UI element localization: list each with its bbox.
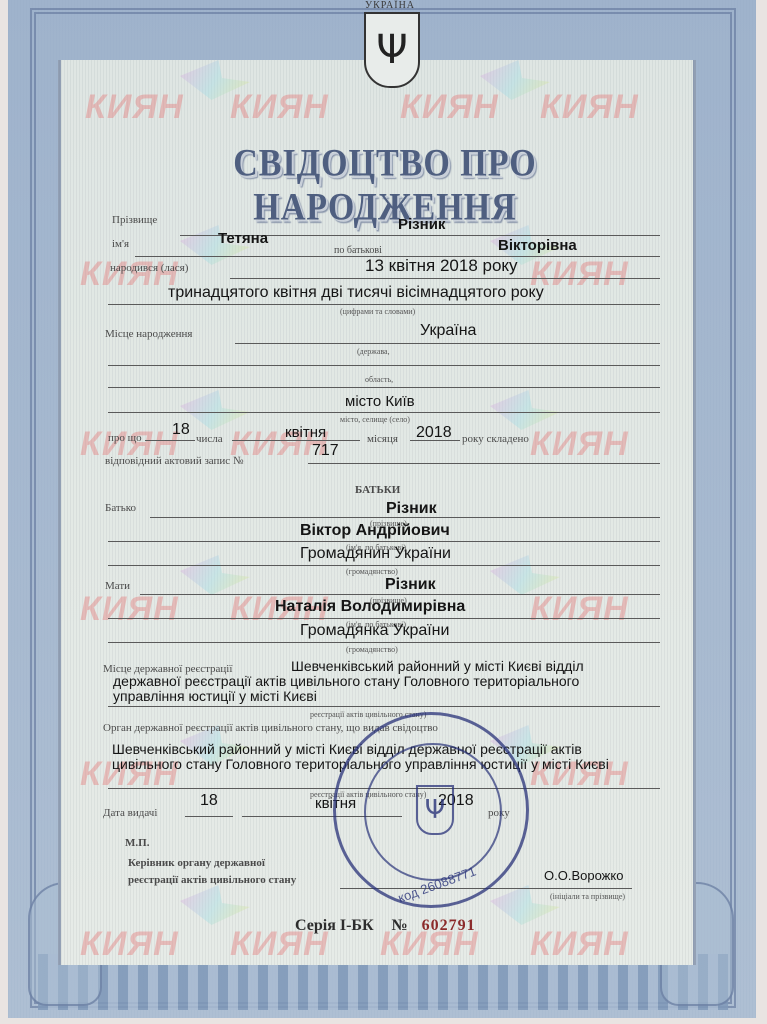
birth-date-caption: (цифрами та словами) (340, 307, 415, 316)
citizenship-caption: (громадянство) (346, 567, 398, 576)
born-label: народився (лася) (110, 262, 188, 274)
birthplace-country: Україна (420, 322, 476, 340)
record-day: 18 (172, 421, 190, 439)
surname-label: Прізвище (112, 214, 157, 226)
field-line (108, 387, 660, 388)
field-line (230, 278, 660, 279)
father-label: Батько (105, 502, 136, 514)
series-value: 602791 (422, 917, 476, 934)
watermark: КИЯН (400, 88, 499, 127)
citizenship-caption: (громадянство) (346, 645, 398, 654)
father-name: Віктор Андрійович (300, 522, 450, 540)
watermark: КИЯН (530, 255, 629, 294)
field-line (185, 816, 233, 817)
field-line (108, 541, 660, 542)
field-line (108, 365, 660, 366)
watermark: КИЯН (530, 425, 629, 464)
father-surname: Різник (386, 500, 437, 518)
mother-surname: Різник (385, 576, 436, 594)
signatory-name: О.О.Ворожко (544, 868, 623, 883)
mother-label: Мати (105, 580, 130, 592)
trident-icon: Ψ (364, 12, 420, 88)
field-line (308, 463, 660, 464)
field-line (108, 642, 660, 643)
watermark: КИЯН (230, 88, 329, 127)
head-label-line1: Керівник органу державної (128, 857, 265, 869)
about-label: про що (108, 432, 142, 444)
watermark: КИЯН (80, 925, 179, 964)
head-label-line2: реєстрації актів цивільного стану (128, 874, 296, 886)
issue-date-label: Дата видачі (103, 807, 157, 819)
field-line (145, 440, 195, 441)
watermark: КИЯН (530, 590, 629, 629)
trident-icon: Ψ (416, 785, 454, 835)
seal-label: М.П. (125, 837, 149, 849)
field-line (235, 343, 660, 344)
year-label: року складено (462, 433, 529, 445)
field-line (108, 706, 660, 707)
registration-place-value: Шевченківський районний у місті Києві ві… (113, 659, 653, 704)
number-sign: № (392, 917, 408, 934)
watermark: КИЯН (80, 590, 179, 629)
official-stamp: Ψ код 26088771 (333, 712, 529, 908)
month-label: місяця (367, 433, 398, 445)
watermark: КИЯН (80, 255, 179, 294)
watermark: КИЯН (530, 925, 629, 964)
field-line (410, 440, 460, 441)
watermark: КИЯН (85, 88, 184, 127)
issue-day: 18 (200, 792, 218, 810)
child-name: Тетяна (218, 230, 268, 247)
child-surname: Різник (398, 216, 445, 233)
act-record-label: відповідний актовий запис № (105, 455, 243, 467)
name-label: ім'я (112, 238, 129, 250)
act-number: 717 (312, 442, 339, 460)
signatory-caption: (ініціали та прізвище) (550, 892, 625, 901)
mother-citizenship: Громадянка України (300, 622, 449, 640)
field-line (108, 412, 660, 413)
birthplace-city: місто Київ (345, 393, 415, 410)
country-header: УКРАЇНА (355, 0, 425, 11)
field-line (140, 594, 660, 595)
parents-heading: БАТЬКИ (355, 484, 400, 496)
patronymic-label: по батькові (334, 245, 382, 256)
region-caption: область, (365, 375, 393, 384)
birthplace-label: Місце народження (105, 328, 192, 340)
city-caption: місто, селище (село) (340, 415, 410, 424)
field-line (108, 565, 660, 566)
record-month: квітня (285, 424, 326, 441)
day-label: числа (196, 433, 223, 445)
country-caption: (держава, (357, 347, 390, 356)
series-number: Серія І-БК № 602791 (295, 917, 476, 935)
watermark: КИЯН (540, 88, 639, 127)
document-title: СВІДОЦТВО ПРО НАРОДЖЕННЯ (145, 142, 625, 229)
birth-date-digits: 13 квітня 2018 року (365, 256, 518, 276)
series-label: Серія І-БК (295, 917, 374, 934)
field-line (150, 517, 660, 518)
mother-name: Наталія Володимирівна (275, 598, 465, 616)
birth-date-words: тринадцятого квітня дві тисячі вісімнадц… (168, 284, 544, 302)
stamp-inner-ring: Ψ (364, 743, 502, 881)
field-line (232, 440, 360, 441)
child-patronymic: Вікторівна (498, 237, 577, 254)
field-line (108, 304, 660, 305)
father-citizenship: Громадянин України (300, 545, 451, 563)
field-line (108, 618, 660, 619)
